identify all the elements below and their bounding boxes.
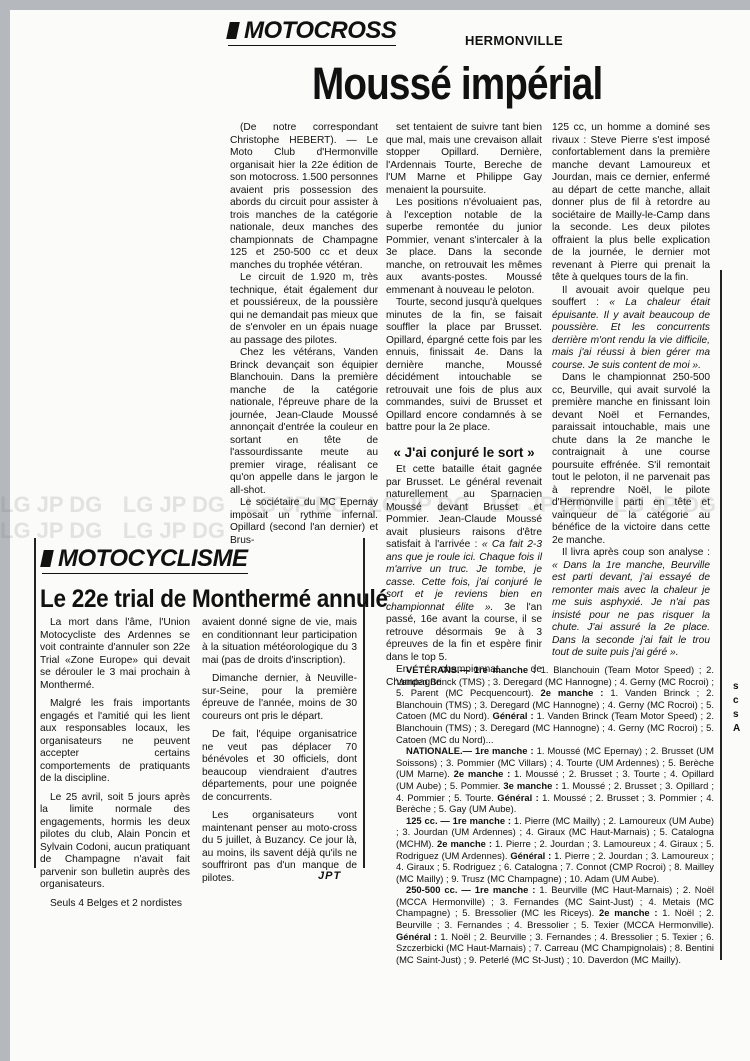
section-rubric-motocross: MOTOCROSS — [228, 18, 396, 46]
label: Général : — [497, 792, 538, 803]
label: Général : — [510, 850, 551, 861]
paragraph: avaient donné signe de vie, mais en cond… — [202, 617, 357, 667]
results-125cc: 125 cc. — 1re manche : 1. Pierre (MC Mai… — [396, 815, 714, 885]
paragraph: Les positions n'évoluaient pas, à l'exce… — [386, 197, 542, 297]
label: 2e manche : — [541, 687, 604, 698]
paragraph: Chez les vétérans, Vanden Brinck devança… — [230, 347, 378, 497]
text: s — [733, 680, 740, 694]
box-rule-left — [34, 538, 36, 868]
paragraph: Dans le championnat 250-500 cc, Beurvill… — [552, 372, 710, 547]
article-column-1: (De notre correspondant Christophe HEBER… — [230, 122, 378, 547]
section-rubric-motocyclisme: MOTOCYCLISME — [42, 546, 248, 574]
label: NATIONALE.— 1re manche : — [406, 745, 534, 756]
label: 250-500 cc. — 1re manche : — [406, 884, 535, 895]
rubric-label: MOTOCROSS — [244, 17, 396, 44]
results-nationale: NATIONALE.— 1re manche : 1. Moussé (MC E… — [396, 745, 714, 815]
paragraph: Il avouait avoir quelque peu souffert : … — [552, 285, 710, 373]
label: 125 cc. — 1re manche : — [406, 815, 511, 826]
paragraph: Il livra après coup son analyse : « Dans… — [552, 547, 710, 660]
text: c — [733, 694, 740, 708]
article-headline: Moussé impérial — [312, 60, 602, 108]
article-column-3: 125 cc, un homme a dominé ses rivaux : S… — [552, 122, 710, 660]
paragraph: Le sociétaire du MC Epernay imposait un … — [230, 497, 378, 547]
watermark-text: LG JP DG — [123, 492, 225, 518]
column-rule — [720, 270, 722, 960]
rubric-label: MOTOCYCLISME — [58, 545, 248, 572]
subheading: « J'ai conjuré le sort » — [386, 447, 542, 460]
paragraph: set tentaient de suivre tant bien que ma… — [386, 122, 542, 197]
watermark-text: LG JP DG — [123, 518, 225, 544]
label: 2e manche : — [454, 768, 511, 779]
quote: « Dans la 1re manche, Beurville est part… — [552, 560, 710, 659]
quote: « La chaleur était épuisante. Il y avait… — [552, 297, 710, 371]
label: 3e manche : — [503, 780, 558, 791]
results-block: VÉTÉRANS.— 1re manche : 1. Blanchouin (T… — [396, 664, 714, 965]
paragraph: Et cette bataille était gagnée par Bruss… — [386, 464, 542, 664]
label: Général : — [493, 710, 534, 721]
text: A — [733, 722, 740, 736]
paragraph: De fait, l'équipe organisatrice ne veut … — [202, 729, 357, 804]
label: Général : — [396, 931, 437, 942]
paragraph: La mort dans l'âme, l'Union Motocycliste… — [40, 617, 190, 692]
watermark-text: LG JP DG — [0, 518, 102, 544]
results-250-500cc: 250-500 cc. — 1re manche : 1. Beurville … — [396, 884, 714, 965]
label: 2e manche : — [599, 907, 657, 918]
label: 2e manche : — [437, 838, 492, 849]
paragraph: Seuls 4 Belges et 2 nordistes — [40, 898, 190, 911]
label: VÉTÉRANS.— 1re manche : — [406, 664, 536, 675]
paragraph: Tourte, second jusqu'à quelques minutes … — [386, 297, 542, 435]
author-signature: JPT — [318, 870, 341, 882]
paragraph: Malgré les frais importants engagés et l… — [40, 698, 190, 786]
square-bullet-icon — [226, 22, 240, 39]
results-veterans: VÉTÉRANS.— 1re manche : 1. Blanchouin (T… — [396, 664, 714, 745]
paragraph: Le 25 avril, soit 5 jours après la limit… — [40, 792, 190, 892]
text: 1. Noël ; 2. Beurville ; 3. Fernandes ; … — [396, 931, 714, 965]
margin-fragment: s c s A — [733, 680, 740, 736]
paragraph: 125 cc, un homme a dominé ses rivaux : S… — [552, 122, 710, 285]
text: Et cette bataille était gagnée par Bruss… — [386, 464, 542, 550]
watermark-text: LG JP DG — [0, 492, 102, 518]
text: s — [733, 708, 740, 722]
article-column-2: set tentaient de suivre tant bien que ma… — [386, 122, 542, 689]
article2-column-2: avaient donné signe de vie, mais en cond… — [202, 617, 357, 885]
article2-headline: Le 22e trial de Monthermé annulé — [40, 585, 388, 613]
article2-column-1: La mort dans l'âme, l'Union Motocycliste… — [40, 617, 190, 910]
text: Il livra après coup son analyse : — [562, 547, 710, 558]
paragraph: Dimanche dernier, à Neuville-sur-Seine, … — [202, 673, 357, 723]
paragraph: Le circuit de 1.920 m, très technique, é… — [230, 272, 378, 347]
paragraph: (De notre correspondant Christophe HEBER… — [230, 122, 378, 272]
square-bullet-icon — [40, 550, 54, 567]
dateline-place: HERMONVILLE — [465, 33, 563, 48]
